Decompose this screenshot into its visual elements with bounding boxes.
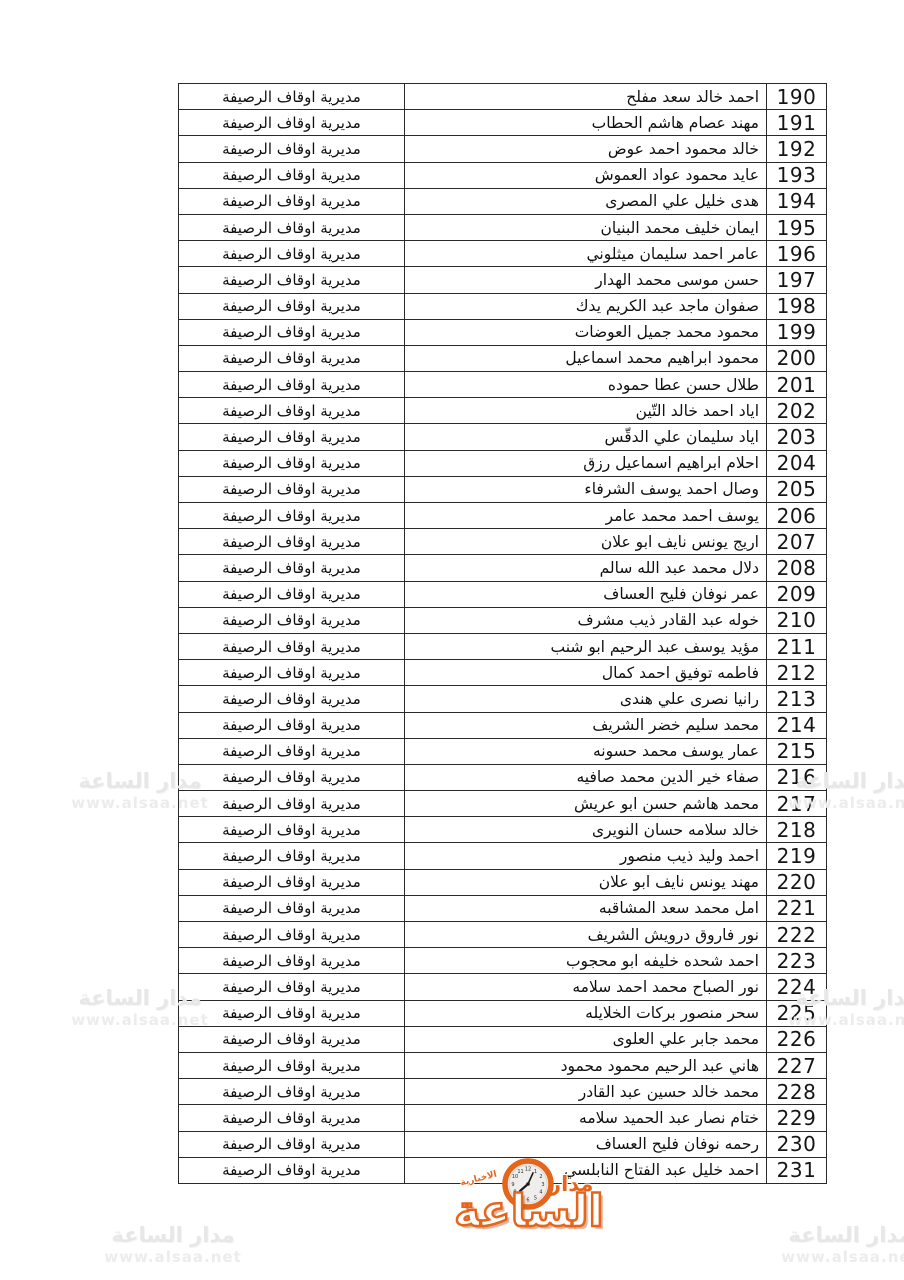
table-row: 217 محمد هاشم حسن ابو عريش مديرية اوقاف … bbox=[179, 791, 827, 817]
table-row: 211 مؤيد يوسف عبد الرحيم ابو شنب مديرية … bbox=[179, 633, 827, 659]
row-number-cell: 198 bbox=[767, 293, 827, 319]
names-table: 190 احمد خالد سعد مفلح مديرية اوقاف الرص… bbox=[178, 83, 827, 1184]
person-name-cell: عامر احمد سليمان ميثلوني bbox=[405, 241, 767, 267]
directorate-cell: مديرية اوقاف الرصيفة bbox=[179, 214, 405, 240]
table-row: 201 طلال حسن عطا حموده مديرية اوقاف الرص… bbox=[179, 372, 827, 398]
directorate-cell: مديرية اوقاف الرصيفة bbox=[179, 817, 405, 843]
person-name-cell: وصال احمد يوسف الشرفاء bbox=[405, 476, 767, 502]
person-name-cell: ايمان خليف محمد البنيان bbox=[405, 214, 767, 240]
row-number-cell: 230 bbox=[767, 1131, 827, 1157]
row-number-cell: 231 bbox=[767, 1157, 827, 1183]
table-row: 196 عامر احمد سليمان ميثلوني مديرية اوقا… bbox=[179, 241, 827, 267]
svg-text:8: 8 bbox=[513, 1190, 516, 1196]
row-number-cell: 218 bbox=[767, 817, 827, 843]
directorate-cell: مديرية اوقاف الرصيفة bbox=[179, 764, 405, 790]
directorate-cell: مديرية اوقاف الرصيفة bbox=[179, 1131, 405, 1157]
directorate-cell: مديرية اوقاف الرصيفة bbox=[179, 162, 405, 188]
table-row: 193 عايد محمود عواد العموش مديرية اوقاف … bbox=[179, 162, 827, 188]
directorate-cell: مديرية اوقاف الرصيفة bbox=[179, 450, 405, 476]
svg-text:6: 6 bbox=[526, 1198, 529, 1204]
table-row: 218 خالد سلامه حسان النويرى مديرية اوقاف… bbox=[179, 817, 827, 843]
table-row: 212 فاطمه توفيق احمد كمال مديرية اوقاف ا… bbox=[179, 660, 827, 686]
directorate-cell: مديرية اوقاف الرصيفة bbox=[179, 136, 405, 162]
table-row: 223 احمد شحده خليفه ابو محجوب مديرية اوق… bbox=[179, 948, 827, 974]
directorate-cell: مديرية اوقاف الرصيفة bbox=[179, 869, 405, 895]
person-name-cell: حسن موسى محمد الهدار bbox=[405, 267, 767, 293]
row-number-cell: 211 bbox=[767, 633, 827, 659]
directorate-cell: مديرية اوقاف الرصيفة bbox=[179, 188, 405, 214]
table-row: 206 يوسف احمد محمد عامر مديرية اوقاف الر… bbox=[179, 503, 827, 529]
row-number-cell: 208 bbox=[767, 555, 827, 581]
table-row: 198 صفوان ماجد عبد الكريم يدك مديرية اوق… bbox=[179, 293, 827, 319]
person-name-cell: محمود ابراهيم محمد اسماعيل bbox=[405, 345, 767, 371]
row-number-cell: 195 bbox=[767, 214, 827, 240]
directorate-cell: مديرية اوقاف الرصيفة bbox=[179, 372, 405, 398]
table-row: 202 اياد احمد خالد التّين مديرية اوقاف ا… bbox=[179, 398, 827, 424]
directorate-cell: مديرية اوقاف الرصيفة bbox=[179, 660, 405, 686]
directorate-cell: مديرية اوقاف الرصيفة bbox=[179, 110, 405, 136]
person-name-cell: احمد وليد ذيب منصور bbox=[405, 843, 767, 869]
person-name-cell: اياد سليمان علي الدقّس bbox=[405, 424, 767, 450]
directorate-cell: مديرية اوقاف الرصيفة bbox=[179, 1052, 405, 1078]
directorate-cell: مديرية اوقاف الرصيفة bbox=[179, 293, 405, 319]
row-number-cell: 206 bbox=[767, 503, 827, 529]
table-row: 227 هاني عبد الرحيم محمود محمود مديرية ا… bbox=[179, 1052, 827, 1078]
directorate-cell: مديرية اوقاف الرصيفة bbox=[179, 686, 405, 712]
table-row: 210 خوله عبد القادر ذيب مشرف مديرية اوقا… bbox=[179, 607, 827, 633]
person-name-cell: اريج يونس نايف ابو علان bbox=[405, 529, 767, 555]
site-watermark: مدار الساعة www.alsaa.net bbox=[78, 1222, 268, 1267]
person-name-cell: خوله عبد القادر ذيب مشرف bbox=[405, 607, 767, 633]
person-name-cell: نور الصباح محمد احمد سلامه bbox=[405, 974, 767, 1000]
table-row: 204 احلام ابراهيم اسماعيل رزق مديرية اوق… bbox=[179, 450, 827, 476]
table-row: 197 حسن موسى محمد الهدار مديرية اوقاف ال… bbox=[179, 267, 827, 293]
watermark-url: www.alsaa.net bbox=[755, 1248, 904, 1267]
watermark-url: www.alsaa.net bbox=[78, 1248, 268, 1267]
table-row: 194 هدى خليل علي المصرى مديرية اوقاف الر… bbox=[179, 188, 827, 214]
table-row: 207 اريج يونس نايف ابو علان مديرية اوقاف… bbox=[179, 529, 827, 555]
row-number-cell: 214 bbox=[767, 712, 827, 738]
svg-text:4: 4 bbox=[539, 1190, 542, 1196]
row-number-cell: 222 bbox=[767, 922, 827, 948]
directorate-cell: مديرية اوقاف الرصيفة bbox=[179, 1105, 405, 1131]
row-number-cell: 215 bbox=[767, 738, 827, 764]
directorate-cell: مديرية اوقاف الرصيفة bbox=[179, 267, 405, 293]
row-number-cell: 229 bbox=[767, 1105, 827, 1131]
table-row: 213 رانيا نصرى علي هندى مديرية اوقاف الر… bbox=[179, 686, 827, 712]
person-name-cell: صفاء خير الدين محمد صافيه bbox=[405, 764, 767, 790]
row-number-cell: 221 bbox=[767, 895, 827, 921]
directorate-cell: مديرية اوقاف الرصيفة bbox=[179, 529, 405, 555]
row-number-cell: 217 bbox=[767, 791, 827, 817]
person-name-cell: مؤيد يوسف عبد الرحيم ابو شنب bbox=[405, 633, 767, 659]
person-name-cell: يوسف احمد محمد عامر bbox=[405, 503, 767, 529]
watermark-title: مدار الساعة bbox=[78, 1222, 268, 1248]
person-name-cell: امل محمد سعد المشاقبه bbox=[405, 895, 767, 921]
directorate-cell: مديرية اوقاف الرصيفة bbox=[179, 476, 405, 502]
person-name-cell: محمد جابر علي العلوى bbox=[405, 1026, 767, 1052]
row-number-cell: 223 bbox=[767, 948, 827, 974]
watermark-title: مدار الساعة bbox=[755, 1222, 904, 1248]
table-row: 224 نور الصباح محمد احمد سلامه مديرية او… bbox=[179, 974, 827, 1000]
table-row: 221 امل محمد سعد المشاقبه مديرية اوقاف ا… bbox=[179, 895, 827, 921]
row-number-cell: 199 bbox=[767, 319, 827, 345]
table-row: 231 احمد خليل عبد الفتاح النابلسي مديرية… bbox=[179, 1157, 827, 1183]
person-name-cell: سحر منصور بركات الخلايله bbox=[405, 1000, 767, 1026]
person-name-cell: احمد خليل عبد الفتاح النابلسي bbox=[405, 1157, 767, 1183]
person-name-cell: طلال حسن عطا حموده bbox=[405, 372, 767, 398]
row-number-cell: 205 bbox=[767, 476, 827, 502]
row-number-cell: 212 bbox=[767, 660, 827, 686]
directorate-cell: مديرية اوقاف الرصيفة bbox=[179, 843, 405, 869]
directorate-cell: مديرية اوقاف الرصيفة bbox=[179, 607, 405, 633]
table-row: 190 احمد خالد سعد مفلح مديرية اوقاف الرص… bbox=[179, 84, 827, 110]
row-number-cell: 216 bbox=[767, 764, 827, 790]
table-row: 214 محمد سليم خضر الشريف مديرية اوقاف ال… bbox=[179, 712, 827, 738]
table-row: 192 خالد محمود احمد عوض مديرية اوقاف الر… bbox=[179, 136, 827, 162]
table-row: 195 ايمان خليف محمد البنيان مديرية اوقاف… bbox=[179, 214, 827, 240]
person-name-cell: مهند يونس نايف ابو علان bbox=[405, 869, 767, 895]
row-number-cell: 220 bbox=[767, 869, 827, 895]
directorate-cell: مديرية اوقاف الرصيفة bbox=[179, 398, 405, 424]
row-number-cell: 213 bbox=[767, 686, 827, 712]
person-name-cell: رانيا نصرى علي هندى bbox=[405, 686, 767, 712]
row-number-cell: 209 bbox=[767, 581, 827, 607]
row-number-cell: 202 bbox=[767, 398, 827, 424]
row-number-cell: 197 bbox=[767, 267, 827, 293]
table-row: 228 محمد خالد حسين عبد القادر مديرية اوق… bbox=[179, 1079, 827, 1105]
row-number-cell: 192 bbox=[767, 136, 827, 162]
table-row: 215 عمار يوسف محمد حسونه مديرية اوقاف ال… bbox=[179, 738, 827, 764]
person-name-cell: محمد هاشم حسن ابو عريش bbox=[405, 791, 767, 817]
site-watermark: مدار الساعة www.alsaa.net bbox=[755, 1222, 904, 1267]
table-row: 226 محمد جابر علي العلوى مديرية اوقاف ال… bbox=[179, 1026, 827, 1052]
directorate-cell: مديرية اوقاف الرصيفة bbox=[179, 1157, 405, 1183]
directorate-cell: مديرية اوقاف الرصيفة bbox=[179, 84, 405, 110]
table-row: 200 محمود ابراهيم محمد اسماعيل مديرية او… bbox=[179, 345, 827, 371]
row-number-cell: 193 bbox=[767, 162, 827, 188]
person-name-cell: محمد سليم خضر الشريف bbox=[405, 712, 767, 738]
person-name-cell: دلال محمد عبد الله سالم bbox=[405, 555, 767, 581]
person-name-cell: اياد احمد خالد التّين bbox=[405, 398, 767, 424]
row-number-cell: 203 bbox=[767, 424, 827, 450]
person-name-cell: ختام نصار عبد الحميد سلامه bbox=[405, 1105, 767, 1131]
table-row: 220 مهند يونس نايف ابو علان مديرية اوقاف… bbox=[179, 869, 827, 895]
row-number-cell: 194 bbox=[767, 188, 827, 214]
table-row: 230 رحمه نوفان فليح العساف مديرية اوقاف … bbox=[179, 1131, 827, 1157]
person-name-cell: محمود محمد جميل العوضات bbox=[405, 319, 767, 345]
table-row: 203 اياد سليمان علي الدقّس مديرية اوقاف … bbox=[179, 424, 827, 450]
row-number-cell: 227 bbox=[767, 1052, 827, 1078]
table-row: 205 وصال احمد يوسف الشرفاء مديرية اوقاف … bbox=[179, 476, 827, 502]
row-number-cell: 190 bbox=[767, 84, 827, 110]
table-row: 208 دلال محمد عبد الله سالم مديرية اوقاف… bbox=[179, 555, 827, 581]
row-number-cell: 191 bbox=[767, 110, 827, 136]
table-row: 191 مهند عصام هاشم الحطاب مديرية اوقاف ا… bbox=[179, 110, 827, 136]
table-row: 199 محمود محمد جميل العوضات مديرية اوقاف… bbox=[179, 319, 827, 345]
directorate-cell: مديرية اوقاف الرصيفة bbox=[179, 241, 405, 267]
directorate-cell: مديرية اوقاف الرصيفة bbox=[179, 424, 405, 450]
directorate-cell: مديرية اوقاف الرصيفة bbox=[179, 581, 405, 607]
directorate-cell: مديرية اوقاف الرصيفة bbox=[179, 345, 405, 371]
directorate-cell: مديرية اوقاف الرصيفة bbox=[179, 922, 405, 948]
person-name-cell: فاطمه توفيق احمد كمال bbox=[405, 660, 767, 686]
row-number-cell: 196 bbox=[767, 241, 827, 267]
person-name-cell: نور فاروق درويش الشريف bbox=[405, 922, 767, 948]
person-name-cell: رحمه نوفان فليح العساف bbox=[405, 1131, 767, 1157]
table-row: 209 عمر نوفان فليح العساف مديرية اوقاف ا… bbox=[179, 581, 827, 607]
svg-text:7: 7 bbox=[519, 1196, 522, 1202]
person-name-cell: محمد خالد حسين عبد القادر bbox=[405, 1079, 767, 1105]
row-number-cell: 210 bbox=[767, 607, 827, 633]
person-name-cell: عمر نوفان فليح العساف bbox=[405, 581, 767, 607]
person-name-cell: مهند عصام هاشم الحطاب bbox=[405, 110, 767, 136]
person-name-cell: هدى خليل علي المصرى bbox=[405, 188, 767, 214]
directorate-cell: مديرية اوقاف الرصيفة bbox=[179, 319, 405, 345]
row-number-cell: 207 bbox=[767, 529, 827, 555]
table-row: 222 نور فاروق درويش الشريف مديرية اوقاف … bbox=[179, 922, 827, 948]
row-number-cell: 200 bbox=[767, 345, 827, 371]
row-number-cell: 226 bbox=[767, 1026, 827, 1052]
directorate-cell: مديرية اوقاف الرصيفة bbox=[179, 503, 405, 529]
person-name-cell: احلام ابراهيم اسماعيل رزق bbox=[405, 450, 767, 476]
person-name-cell: عايد محمود عواد العموش bbox=[405, 162, 767, 188]
table-row: 216 صفاء خير الدين محمد صافيه مديرية اوق… bbox=[179, 764, 827, 790]
directorate-cell: مديرية اوقاف الرصيفة bbox=[179, 738, 405, 764]
person-name-cell: عمار يوسف محمد حسونه bbox=[405, 738, 767, 764]
directorate-cell: مديرية اوقاف الرصيفة bbox=[179, 633, 405, 659]
directorate-cell: مديرية اوقاف الرصيفة bbox=[179, 791, 405, 817]
row-number-cell: 228 bbox=[767, 1079, 827, 1105]
directorate-cell: مديرية اوقاف الرصيفة bbox=[179, 555, 405, 581]
person-name-cell: احمد خالد سعد مفلح bbox=[405, 84, 767, 110]
directorate-cell: مديرية اوقاف الرصيفة bbox=[179, 895, 405, 921]
person-name-cell: خالد محمود احمد عوض bbox=[405, 136, 767, 162]
directorate-cell: مديرية اوقاف الرصيفة bbox=[179, 948, 405, 974]
row-number-cell: 219 bbox=[767, 843, 827, 869]
directorate-cell: مديرية اوقاف الرصيفة bbox=[179, 1079, 405, 1105]
table-row: 219 احمد وليد ذيب منصور مديرية اوقاف الر… bbox=[179, 843, 827, 869]
person-name-cell: احمد شحده خليفه ابو محجوب bbox=[405, 948, 767, 974]
row-number-cell: 225 bbox=[767, 1000, 827, 1026]
table-row: 229 ختام نصار عبد الحميد سلامه مديرية او… bbox=[179, 1105, 827, 1131]
row-number-cell: 224 bbox=[767, 974, 827, 1000]
directorate-cell: مديرية اوقاف الرصيفة bbox=[179, 712, 405, 738]
row-number-cell: 204 bbox=[767, 450, 827, 476]
directorate-cell: مديرية اوقاف الرصيفة bbox=[179, 1026, 405, 1052]
directorate-cell: مديرية اوقاف الرصيفة bbox=[179, 974, 405, 1000]
svg-text:5: 5 bbox=[534, 1196, 537, 1202]
table-row: 225 سحر منصور بركات الخلايله مديرية اوقا… bbox=[179, 1000, 827, 1026]
row-number-cell: 201 bbox=[767, 372, 827, 398]
document-page: 190 احمد خالد سعد مفلح مديرية اوقاف الرص… bbox=[0, 0, 904, 1280]
logo-main-word: الساعة bbox=[454, 1186, 604, 1237]
person-name-cell: صفوان ماجد عبد الكريم يدك bbox=[405, 293, 767, 319]
directorate-cell: مديرية اوقاف الرصيفة bbox=[179, 1000, 405, 1026]
person-name-cell: خالد سلامه حسان النويرى bbox=[405, 817, 767, 843]
person-name-cell: هاني عبد الرحيم محمود محمود bbox=[405, 1052, 767, 1078]
